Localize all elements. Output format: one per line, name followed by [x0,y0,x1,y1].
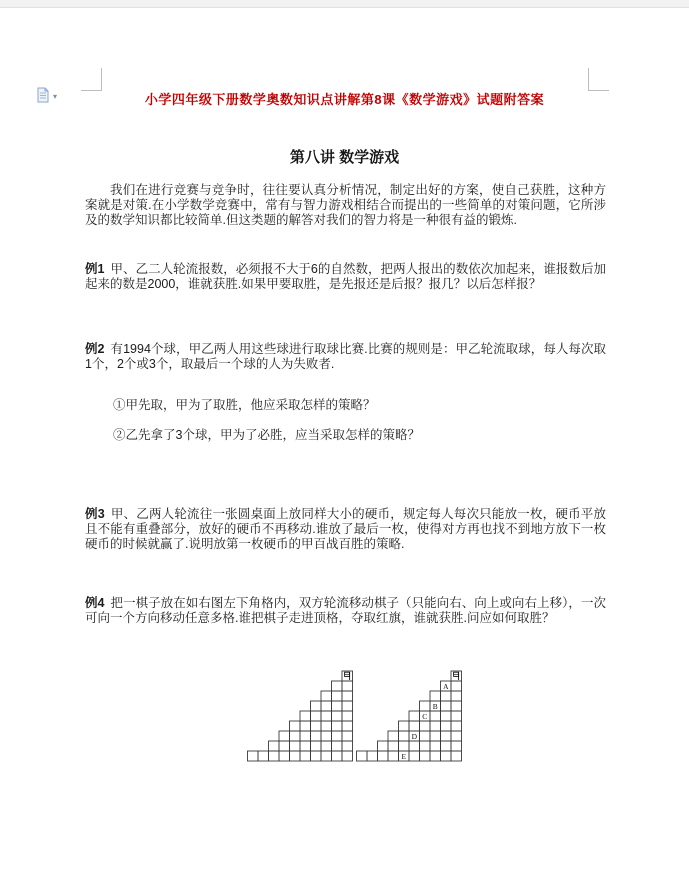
example-4-text: 把一棋子放在如右图左下角格内，双方轮流移动棋子（只能向右、向上或向右上移），一次… [85,596,606,625]
example-2-subitem-2: ②乙先拿了3个球，甲为了必胜，应当采取怎样的策略？ [113,428,606,443]
example-2-label: 例2 [85,342,105,356]
top-strip [0,0,689,8]
cell-letter-A: A [443,682,449,691]
cell-letter-B: B [433,702,438,711]
intro-paragraph: 我们在进行竞赛与竞争时，往往要认真分析情况，制定出好的方案，使自己获胜，这种方案… [85,183,606,228]
example-2-text: 有1994个球，甲乙两人用这些球进行取球比赛.比赛的规则是：甲乙轮流取球，每人每… [85,342,606,371]
lesson-heading: 第八讲 数学游戏 [0,146,689,167]
example-1-paragraph: 例1甲、乙二人轮流报数，必须报不大于6的自然数，把两人报出的数依次加起来，谁报数… [85,262,606,292]
document-title: 小学四年级下册数学奥数知识点讲解第8课《数学游戏》试题附答案 [0,89,689,108]
example-3-text: 甲、乙两人轮流往一张圆桌面上放同样大小的硬币，规定每人每次只能放一枚，硬币平放且… [85,507,606,551]
cell-letter-D: D [412,732,418,741]
example-3-paragraph: 例3甲、乙两人轮流往一张圆桌面上放同样大小的硬币，规定每人每次只能放一枚，硬币平… [85,507,606,552]
example-1-text: 甲、乙二人轮流报数，必须报不大于6的自然数，把两人报出的数依次加起来，谁报数后加… [85,262,606,291]
staircase-grid-figure-left [247,668,354,762]
example-4-label: 例4 [85,596,105,610]
staircase-grid-svg-right: ABCDE [356,668,463,762]
example-4-paragraph: 例4把一棋子放在如右图左下角格内，双方轮流移动棋子（只能向右、向上或向右上移），… [85,596,606,626]
example-2-subitem-1: ①甲先取，甲为了取胜，他应采取怎样的策略？ [113,398,606,413]
example-2-paragraph: 例2有1994个球，甲乙两人用这些球进行取球比赛.比赛的规则是：甲乙轮流取球，每… [85,342,606,372]
staircase-grid-figure-right: ABCDE [356,668,463,762]
document-page: ▾ 小学四年级下册数学奥数知识点讲解第8课《数学游戏》试题附答案 第八讲 数学游… [0,0,689,870]
margin-corner-mark-left [81,68,102,91]
margin-corner-mark-right [588,68,609,91]
staircase-grid-svg-left [247,668,354,762]
example-3-label: 例3 [85,507,105,521]
cell-letter-E: E [402,752,407,761]
example-1-label: 例1 [85,262,104,276]
cell-letter-C: C [422,712,427,721]
